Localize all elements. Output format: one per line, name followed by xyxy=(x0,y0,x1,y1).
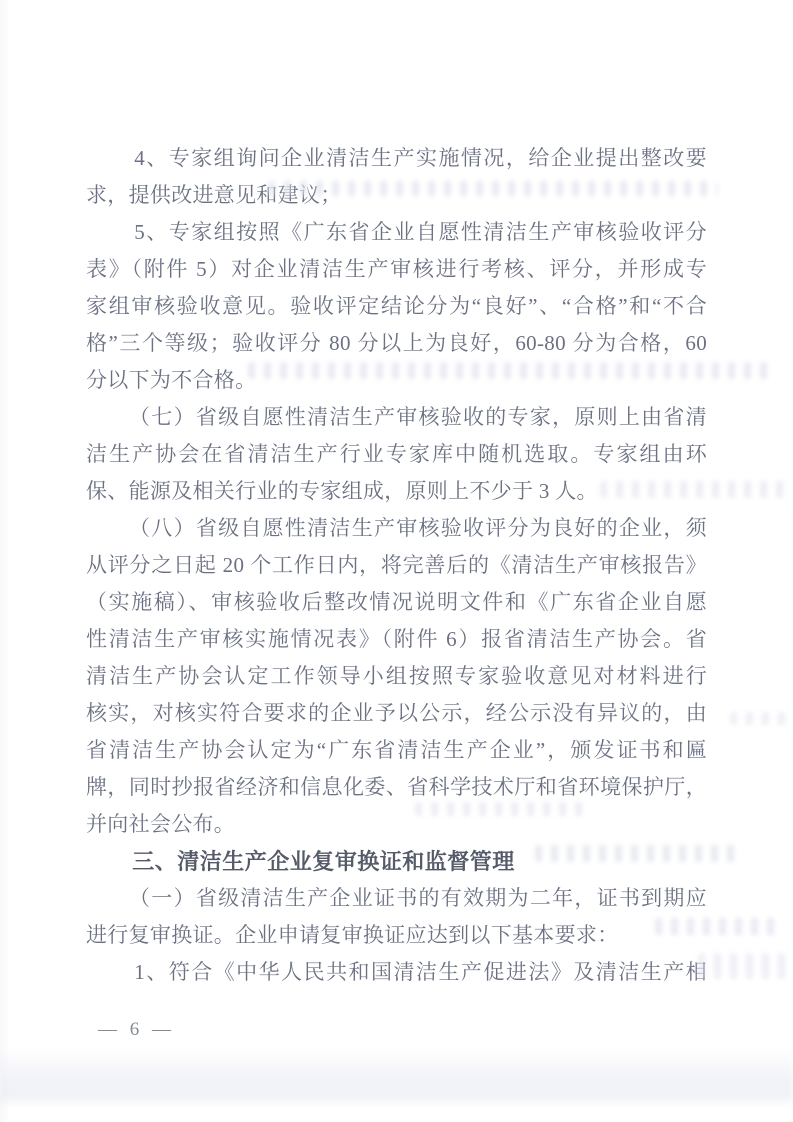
text-line: 从评分之日起 20 个工作日内，将完善后的《清洁生产审核报告》 xyxy=(86,547,707,584)
page-number: — 6 — xyxy=(98,1018,175,1042)
text-line: （七）省级自愿性清洁生产审核验收的专家，原则上由省清 xyxy=(86,399,707,436)
text-line: 牌，同时抄报省经济和信息化委、省科学技术厅和省环境保护厅， xyxy=(86,769,707,806)
text-line: 省清洁生产协会认定为“广东省清洁生产企业”，颁发证书和匾 xyxy=(86,732,707,769)
text-line: 5、专家组按照《广东省企业自愿性清洁生产审核验收评分 xyxy=(86,214,707,251)
text-line: 家组审核验收意见。验收评定结论分为“良好”、“合格”和“不合 xyxy=(86,288,707,325)
bleedthrough-artifact xyxy=(535,845,740,862)
text-line: （八）省级自愿性清洁生产审核验收评分为良好的企业，须 xyxy=(86,510,707,547)
document-content: 4、专家组询问企业清洁生产实施情况，给企业提出整改要 求，提供改进意见和建议； … xyxy=(86,140,707,991)
text-line: （一）省级清洁生产企业证书的有效期为二年，证书到期应 xyxy=(86,880,707,917)
scan-shadow-artifact xyxy=(0,1048,793,1106)
text-line: 表》（附件 5）对企业清洁生产审核进行考核、评分，并形成专 xyxy=(86,251,707,288)
text-line: （实施稿）、审核验收后整改情况说明文件和《广东省企业自愿 xyxy=(86,584,707,621)
text-line: 4、专家组询问企业清洁生产实施情况，给企业提出整改要 xyxy=(86,140,707,177)
text-line: 1、符合《中华人民共和国清洁生产促进法》及清洁生产相 xyxy=(86,954,707,991)
bleedthrough-artifact xyxy=(600,481,790,498)
text-line: 并向社会公布。 xyxy=(86,806,707,843)
text-line: 进行复审换证。企业申请复审换证应达到以下基本要求： xyxy=(86,917,707,954)
bleedthrough-artifact xyxy=(655,918,780,935)
text-line: 格”三个等级；验收评分 80 分以上为良好，60-80 分为合格，60 xyxy=(86,325,707,362)
text-line: 核实，对核实符合要求的企业予以公示，经公示没有异议的，由 xyxy=(86,695,707,732)
bleedthrough-artifact xyxy=(268,181,718,196)
bleedthrough-artifact xyxy=(248,362,776,379)
bleedthrough-artifact xyxy=(415,802,590,816)
bleedthrough-artifact xyxy=(730,712,788,725)
text-line: 洁生产协会在省清洁生产行业专家库中随机选取。专家组由环 xyxy=(86,436,707,473)
text-line: 性清洁生产审核实施情况表》（附件 6）报省清洁生产协会。省 xyxy=(86,621,707,658)
bleedthrough-artifact xyxy=(698,953,786,979)
scan-edge-artifact xyxy=(0,0,10,1122)
scanned-document-page: 4、专家组询问企业清洁生产实施情况，给企业提出整改要 求，提供改进意见和建议； … xyxy=(0,0,793,1122)
text-line: 清洁生产协会认定工作领导小组按照专家验收意见对材料进行 xyxy=(86,658,707,695)
